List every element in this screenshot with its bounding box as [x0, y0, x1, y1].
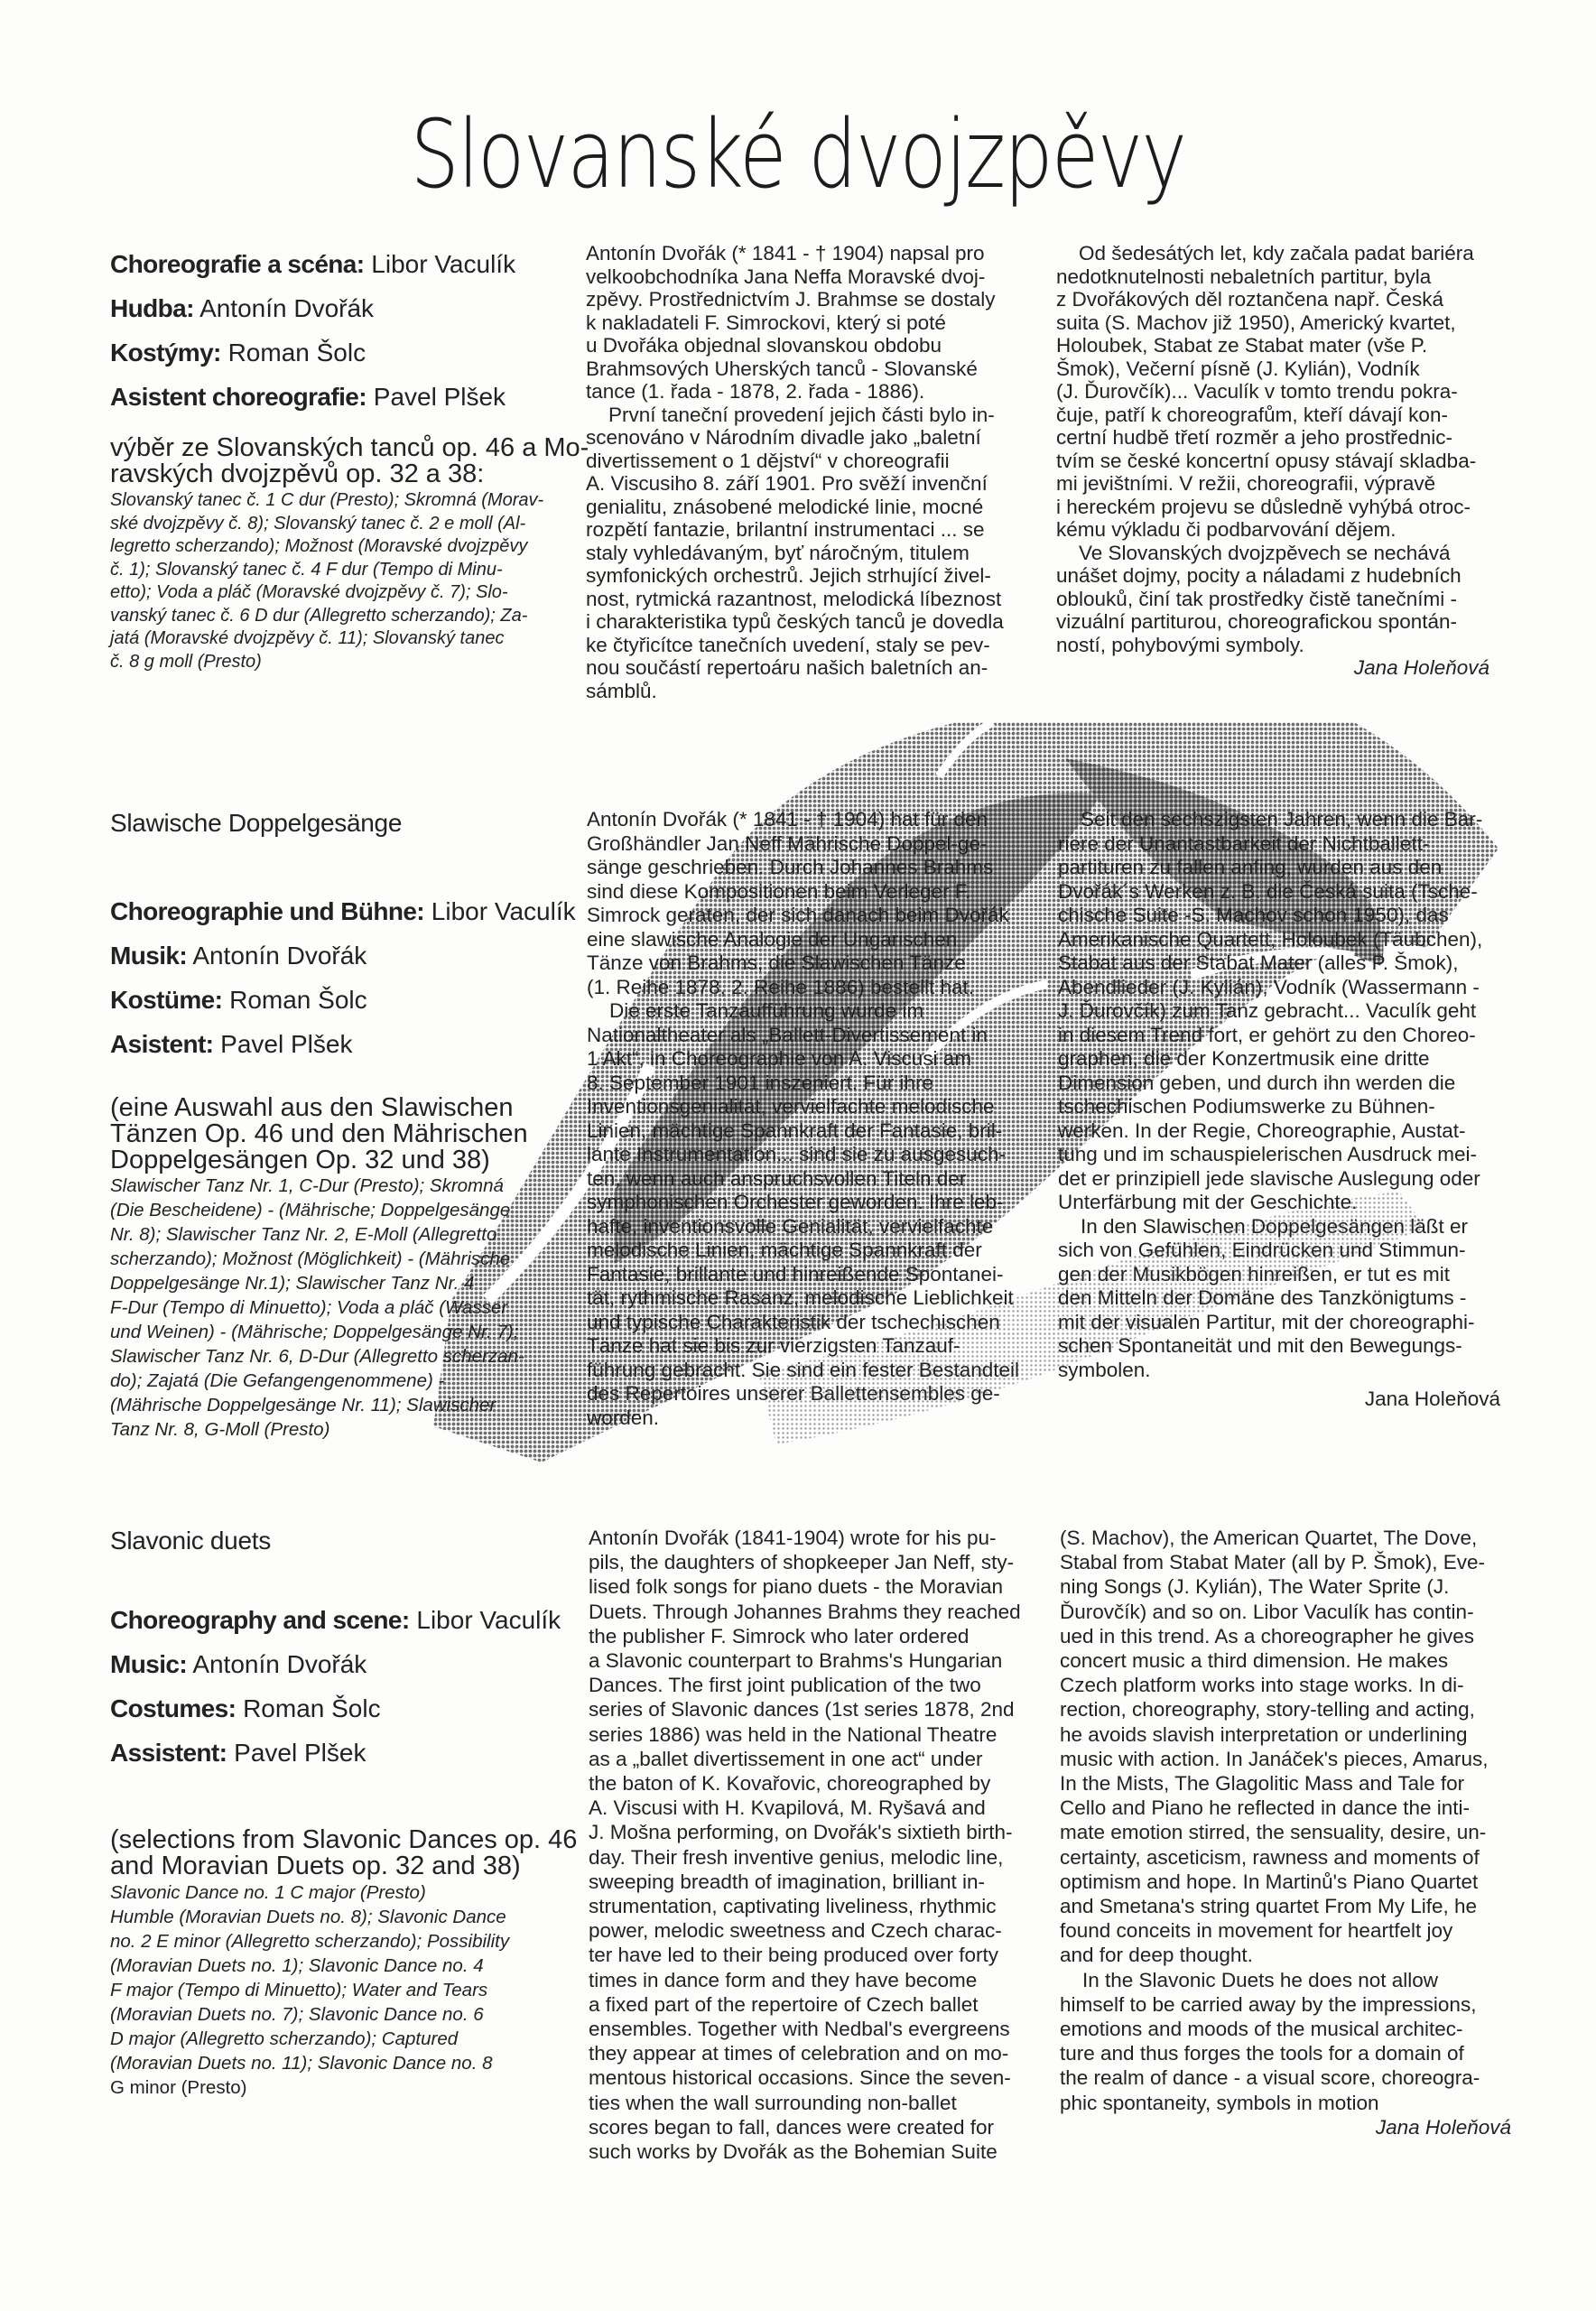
german-signature: Jana Holeňová — [1058, 1388, 1500, 1412]
credit-assistant: Asistent choreografie: Pavel Plšek — [110, 375, 515, 419]
credit-choreography: Choreography and scene: Libor Vaculík — [110, 1598, 561, 1642]
credit-music: Musik: Antonín Dvořák — [110, 933, 576, 978]
czech-body-column-2: Antonín Dvořák (* 1841 - † 1904) napsal … — [586, 242, 1004, 702]
program-page: Slovanské dvojzpěvy Choreografie a scéna… — [0, 0, 1596, 2311]
german-selection-heading: (eine Auswahl aus den Slawischen Tänzen … — [110, 1095, 528, 1174]
credit-assistant: Asistent: Pavel Plšek — [110, 1022, 576, 1066]
czech-body-column-3: Od šedesátých let, kdy začala padat bari… — [1056, 242, 1489, 680]
czech-selection-list: Slovanský tanec č. 1 C dur (Presto); Skr… — [110, 489, 543, 673]
english-credits: Choreography and scene: Libor Vaculík Mu… — [110, 1598, 561, 1775]
german-credits: Choreographie und Bühne: Libor Vaculík M… — [110, 889, 576, 1066]
credit-assistant: Assistent: Pavel Plšek — [110, 1731, 561, 1775]
credit-music: Music: Antonín Dvořák — [110, 1642, 561, 1686]
czech-signature: Jana Holeňová — [1056, 656, 1489, 680]
german-selection-list: Slawischer Tanz Nr. 1, C-Dur (Presto); S… — [110, 1174, 524, 1442]
english-body-column-2: Antonín Dvořák (1841-1904) wrote for his… — [589, 1526, 1021, 2164]
credit-costumes: Costumes: Roman Šolc — [110, 1686, 561, 1731]
credit-music: Hudba: Antonín Dvořák — [110, 286, 515, 330]
credit-costumes: Kostýmy: Roman Šolc — [110, 330, 515, 375]
german-section-title: Slawische Doppelgesänge — [110, 808, 402, 839]
german-body-column-3: Seit den sechszigsten Jahren, wenn die B… — [1058, 808, 1500, 1412]
english-signature: Jana Holeňová — [1060, 2115, 1511, 2139]
credit-choreography: Choreographie und Bühne: Libor Vaculík — [110, 889, 576, 933]
english-section-title: Slavonic duets — [110, 1526, 271, 1556]
english-selection-list: Slavonic Dance no. 1 C major (Presto) Hu… — [110, 1880, 509, 2100]
german-body-column-2: Antonín Dvořák (* 1841 - † 1904) hat für… — [587, 808, 1019, 1430]
credit-choreography: Choreografie a scéna: Libor Vaculík — [110, 242, 515, 286]
credit-costumes: Kostüme: Roman Šolc — [110, 978, 576, 1022]
page-title: Slovanské dvojzpěvy — [144, 99, 1452, 209]
english-body-column-3: (S. Machov), the American Quartet, The D… — [1060, 1526, 1511, 2139]
czech-selection-heading: výběr ze Slovanských tanců op. 46 a Mo- … — [110, 435, 589, 487]
czech-credits: Choreografie a scéna: Libor Vaculík Hudb… — [110, 242, 515, 419]
english-selection-heading: (selections from Slavonic Dances op. 46 … — [110, 1827, 577, 1879]
